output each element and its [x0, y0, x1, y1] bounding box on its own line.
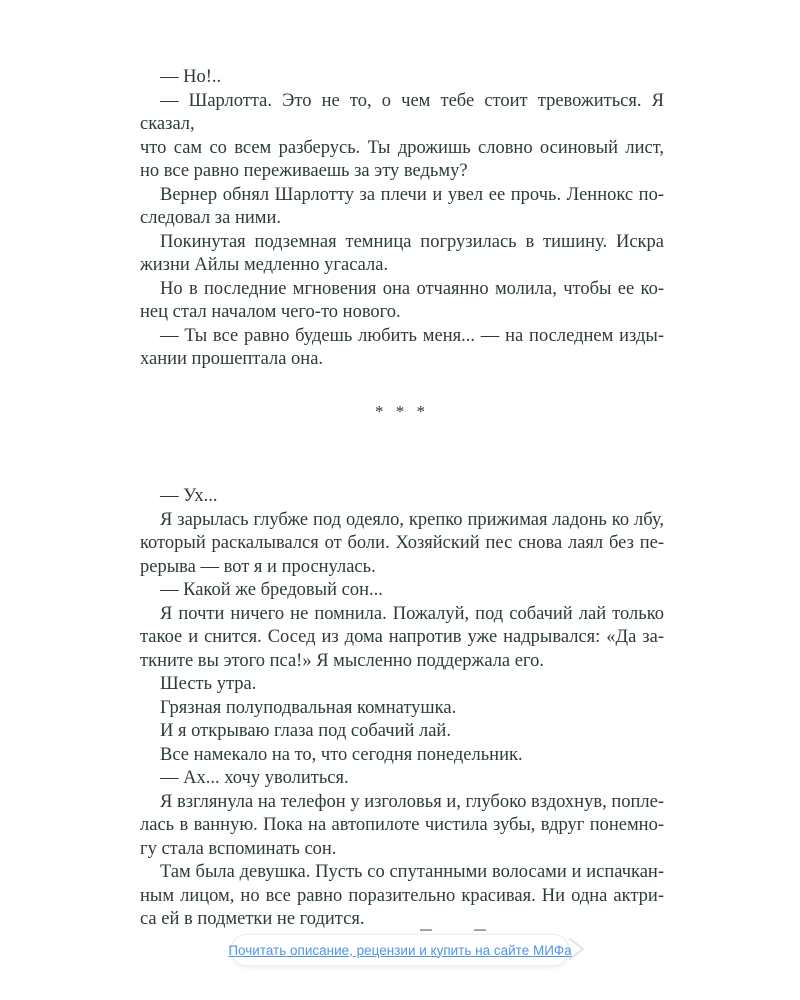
text-line: следовал за ними. — [140, 207, 664, 231]
text-line: — Шарлотта. Это не то, о чем тебе стоит … — [140, 90, 664, 137]
text-line: Я почти ничего не помнила. Пожалуй, под … — [140, 603, 664, 627]
obscured-text-remnant — [420, 929, 432, 931]
text-line: — Ах... хочу уволиться. — [140, 767, 664, 791]
paragraph: — Ах... хочу уволиться. — [140, 767, 664, 791]
text-line: Покинутая подземная темница погрузилась … — [140, 231, 664, 255]
paragraph: Я зарылась глубже под одеяло, крепко при… — [140, 509, 664, 580]
text-line: нец стал началом чего-то нового. — [140, 301, 664, 325]
text-line: И я открываю глаза под собачий лай. — [140, 720, 664, 744]
text-line: — Ты все равно будешь любить меня... — н… — [140, 325, 664, 349]
paragraph: Я взглянула на телефон у изголовья и, гл… — [140, 791, 664, 862]
paragraph: И я открываю глаза под собачий лай. — [140, 720, 664, 744]
promo-link[interactable]: Почитать описание, рецензии и купить на … — [228, 943, 571, 958]
paragraph: Все намекало на то, что сегодня понедель… — [140, 744, 664, 768]
paragraph: Вернер обнял Шарлотту за плечи и увел ее… — [140, 184, 664, 231]
text-line: са ей в подметки не годится. — [140, 908, 664, 932]
paragraph: — Шарлотта. Это не то, о чем тебе стоит … — [140, 90, 664, 184]
text-line: Я зарылась глубже под одеяло, крепко при… — [140, 509, 664, 533]
text-line: Грязная полуподвальная комнатушка. — [140, 697, 664, 721]
text-line: Все намекало на то, что сегодня понедель… — [140, 744, 664, 768]
text-line: что сам со всем разберусь. Ты дрожишь сл… — [140, 137, 664, 161]
paragraph: Шесть утра. — [140, 673, 664, 697]
text-line: ткните вы этого пса!» Я мысленно поддерж… — [140, 650, 664, 674]
text-line: ным лицом, но все равно поразительно кра… — [140, 885, 664, 909]
paragraph: — Ух... — [140, 485, 664, 509]
text-line: Шесть утра. — [140, 673, 664, 697]
paragraph: — Ты все равно будешь любить меня... — н… — [140, 325, 664, 372]
text-line: который раскалывался от боли. Хозяйский … — [140, 532, 664, 556]
paragraph: — Какой же бредовый сон... — [140, 579, 664, 603]
text-line: гу стала вспоминать сон. — [140, 838, 664, 862]
text-block: — Но!..— Шарлотта. Это не то, о чем тебе… — [140, 66, 664, 932]
section-separator: * * * — [140, 400, 664, 424]
paragraph: Покинутая подземная темница погрузилась … — [140, 231, 664, 278]
chevron-right-icon — [566, 936, 590, 962]
text-line: такое и снится. Сосед из дома напротив у… — [140, 626, 664, 650]
paragraph: Там была девушка. Пусть со спутанными во… — [140, 861, 664, 932]
text-line: хании прошептала она. — [140, 348, 664, 372]
text-line: рерыва — вот я и проснулась. — [140, 556, 664, 580]
book-page: — Но!..— Шарлотта. Это не то, о чем тебе… — [0, 0, 800, 1000]
text-line: Там была девушка. Пусть со спутанными во… — [140, 861, 664, 885]
text-line: — Какой же бредовый сон... — [140, 579, 664, 603]
paragraph: Грязная полуподвальная комнатушка. — [140, 697, 664, 721]
promo-banner[interactable]: Почитать описание, рецензии и купить на … — [231, 934, 569, 966]
text-line: лась в ванную. Пока на автопилоте чистил… — [140, 814, 664, 838]
paragraph: Я почти ничего не помнила. Пожалуй, под … — [140, 603, 664, 674]
text-line: — Но!.. — [140, 66, 664, 90]
obscured-text-remnant — [474, 929, 486, 931]
text-line: Я взглянула на телефон у изголовья и, гл… — [140, 791, 664, 815]
text-line: но все равно переживаешь за эту ведьму? — [140, 160, 664, 184]
text-line: жизни Айлы медленно угасала. — [140, 254, 664, 278]
paragraph: — Но!.. — [140, 66, 664, 90]
text-line: Вернер обнял Шарлотту за плечи и увел ее… — [140, 184, 664, 208]
text-line: — Ух... — [140, 485, 664, 509]
text-line: Но в последние мгновения она отчаянно мо… — [140, 278, 664, 302]
paragraph: Но в последние мгновения она отчаянно мо… — [140, 278, 664, 325]
